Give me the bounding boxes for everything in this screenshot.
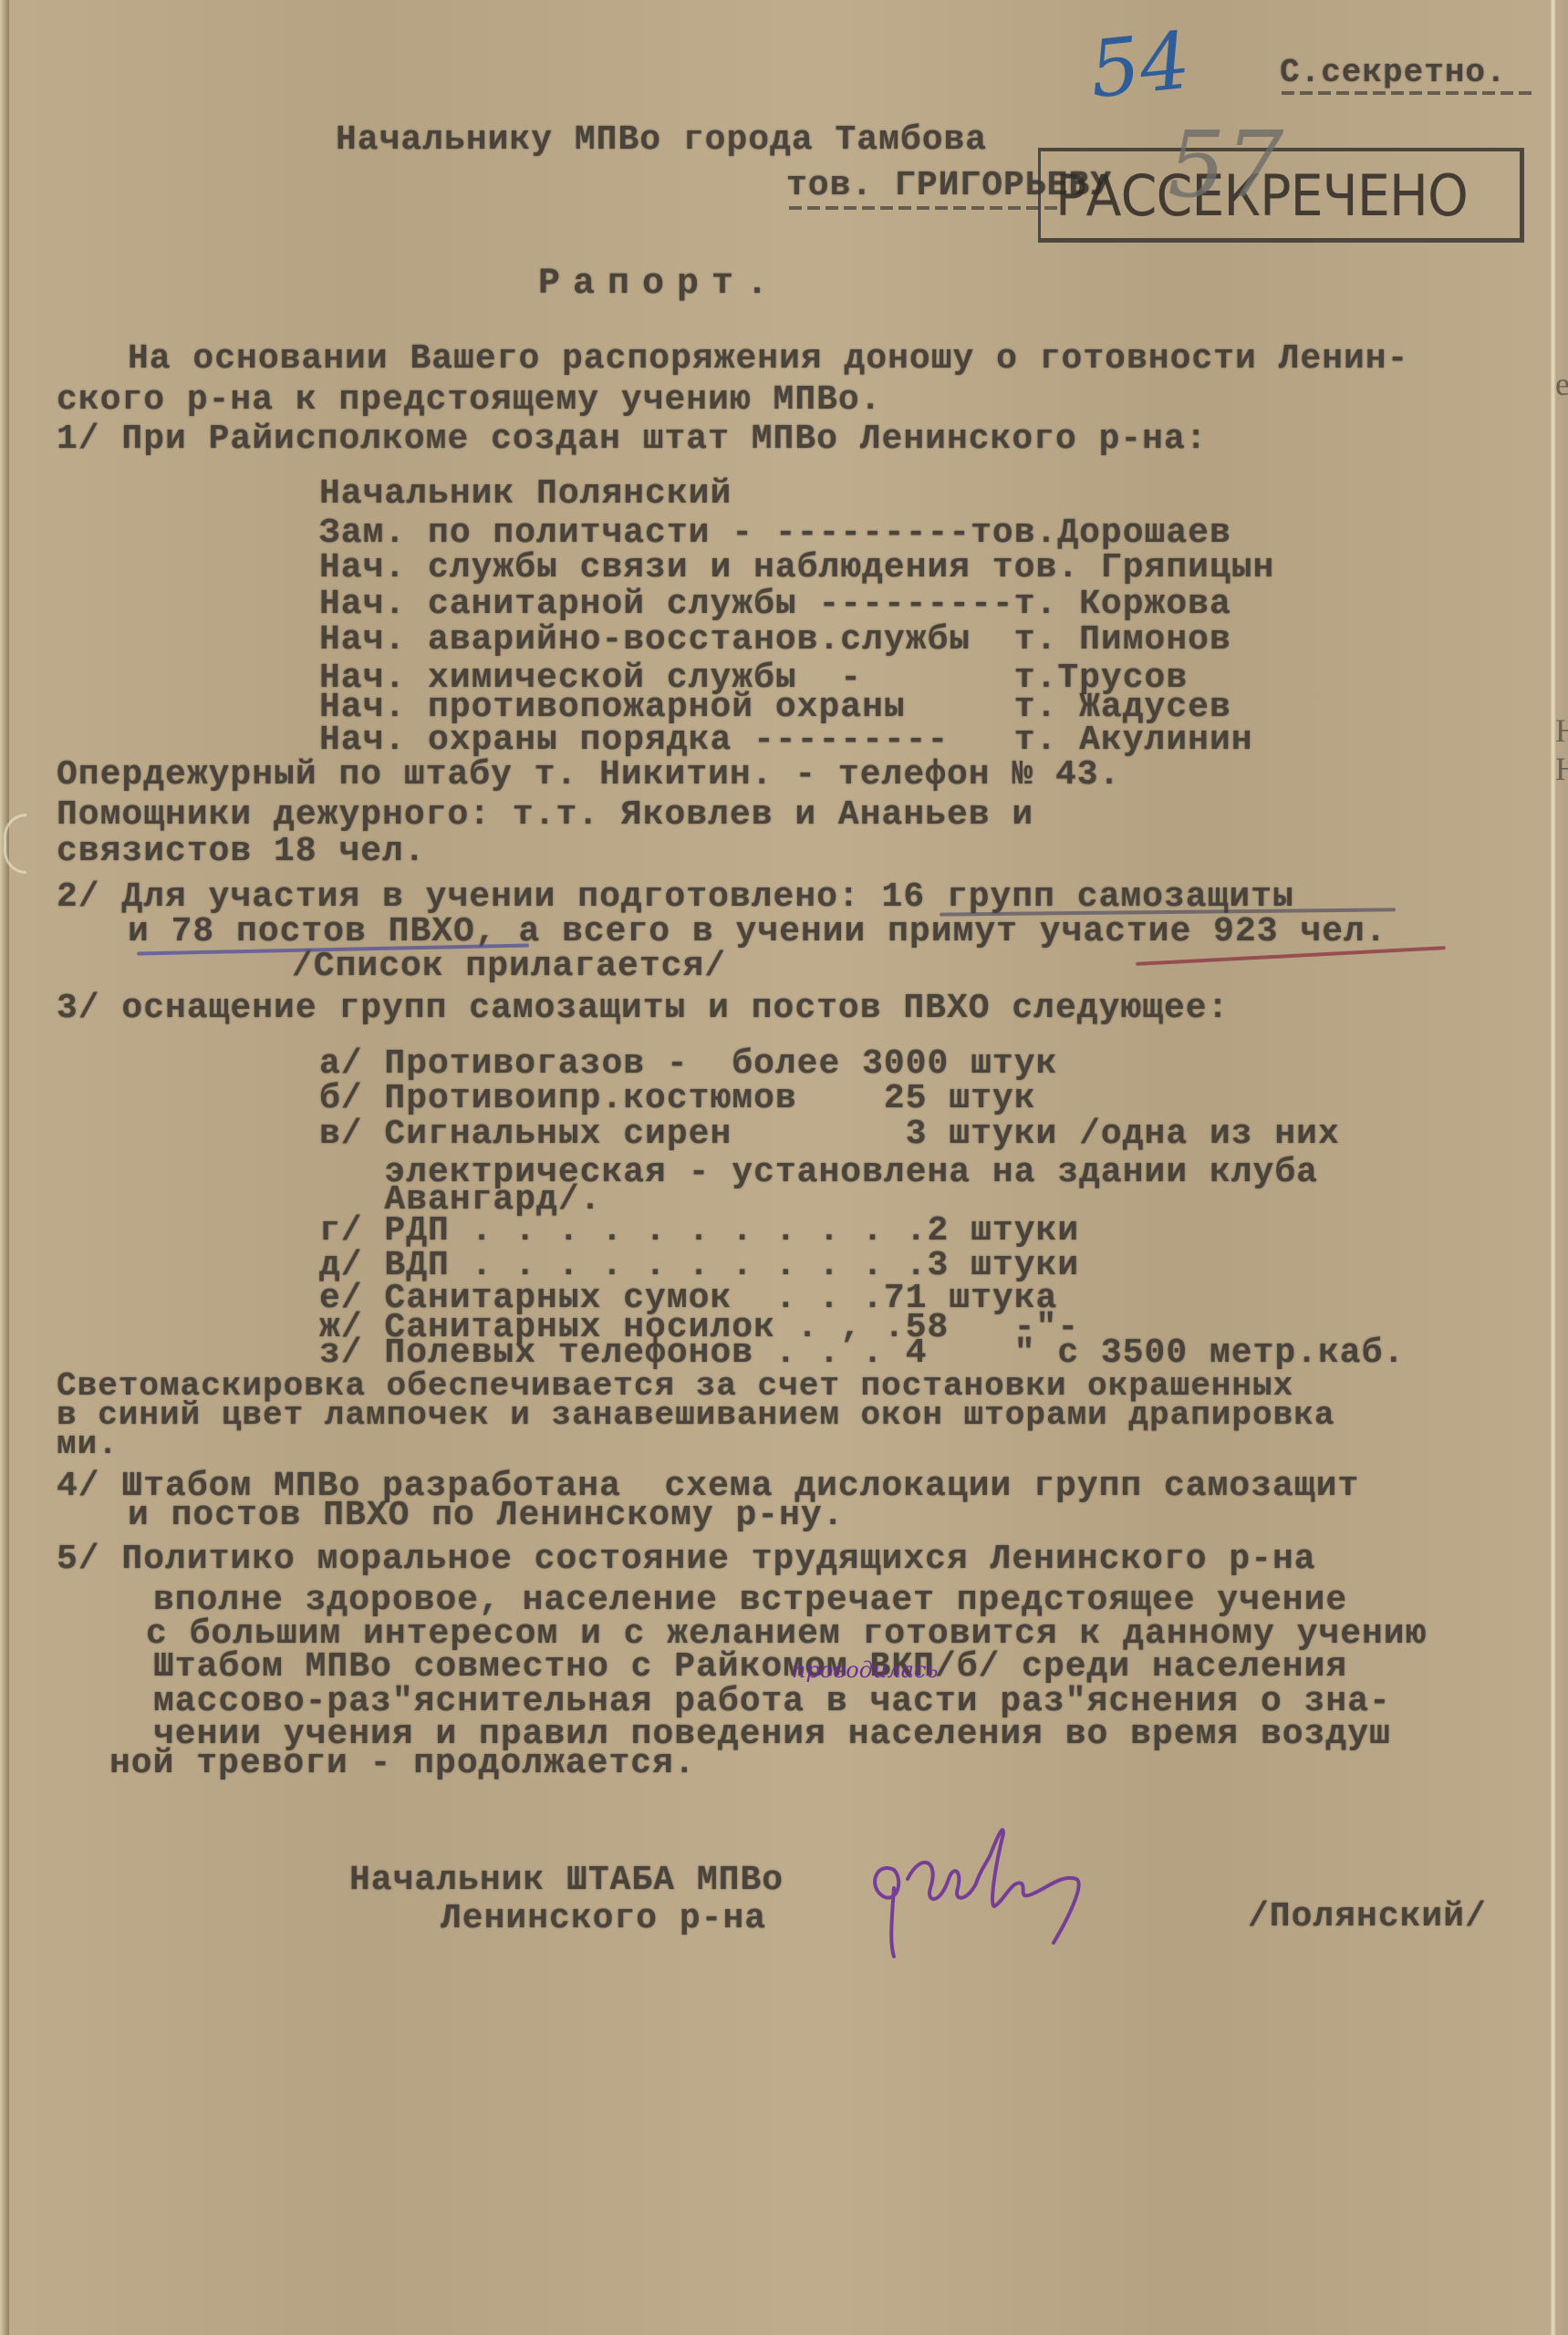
duty-officer-line: Опердежурный по штабу т. Никитин. - теле…: [57, 755, 1120, 795]
intro-line-2: ского р-на к предстоящему учению МПВо.: [57, 380, 882, 420]
signatory-title-line-2: Ленинского р-на: [441, 1899, 766, 1939]
section-3-heading: 3/ оснащение групп самозащиты и постов П…: [57, 989, 1229, 1029]
handwritten-signature-icon: [857, 1815, 1149, 1961]
addressee-line-1: Начальнику МПВо города Тамбова: [336, 120, 987, 161]
blackout-line: ми.: [57, 1425, 119, 1465]
signatory-name: /Полянский/: [1248, 1897, 1487, 1937]
margin-fragment: Н: [1555, 750, 1568, 788]
equipment-item: б/ Противоипр.костюмов 25 штук: [319, 1079, 1036, 1119]
page-left-edge: [0, 0, 9, 2335]
section-2-line-3: /Список прилагается/: [292, 947, 726, 987]
staff-line: Начальник Полянский: [319, 474, 732, 514]
intro-line-1: На основании Вашего распоряжения доношу …: [128, 339, 1408, 379]
section-1-heading: 1/ При Райисполкоме создан штат МПВо Лен…: [57, 420, 1208, 460]
addressee-underline: [789, 206, 1063, 210]
document-title: Рапорт.: [538, 265, 781, 305]
section-5-body-line: ной тревоги - продолжается.: [109, 1744, 696, 1784]
staff-line: Нач. службы связи и наблюдения тов. Гряп…: [319, 548, 1274, 588]
folio-number-blue: 54: [1085, 16, 1194, 117]
section-5-line-1: 5/ Политико моральное состояние трудящих…: [57, 1540, 1316, 1580]
staff-line: Нач. аварийно-восстанов.службы т. Пимоно…: [319, 620, 1231, 660]
classification-underline: [1282, 91, 1537, 95]
margin-fragment: е: [1555, 365, 1568, 403]
equipment-item: в/ Сигнальных сирен 3 штуки /одна из них: [319, 1115, 1340, 1155]
page-right-edge: [1551, 0, 1568, 2335]
signalers-line: связистов 18 чел.: [57, 832, 426, 872]
signatory-title-line-1: Начальник ШТАБА МПВо: [349, 1861, 784, 1901]
handwritten-insertion: проводилась: [792, 1657, 938, 1683]
blackout-line: в синий цвет лампочек и занавешиванием о…: [57, 1396, 1334, 1436]
classification-label: С.секретно.: [1280, 53, 1507, 93]
margin-fragment: Н: [1555, 711, 1568, 750]
section-4-line-2: и постов ПВХО по Ленинскому р-ну.: [128, 1496, 845, 1536]
staff-line: Нач. санитарной службы ---------т. Коржо…: [319, 585, 1231, 625]
assistants-line: Помощники дежурного: т.т. Яковлев и Анан…: [57, 795, 1033, 835]
folio-number-pencil: 57: [1168, 111, 1283, 218]
